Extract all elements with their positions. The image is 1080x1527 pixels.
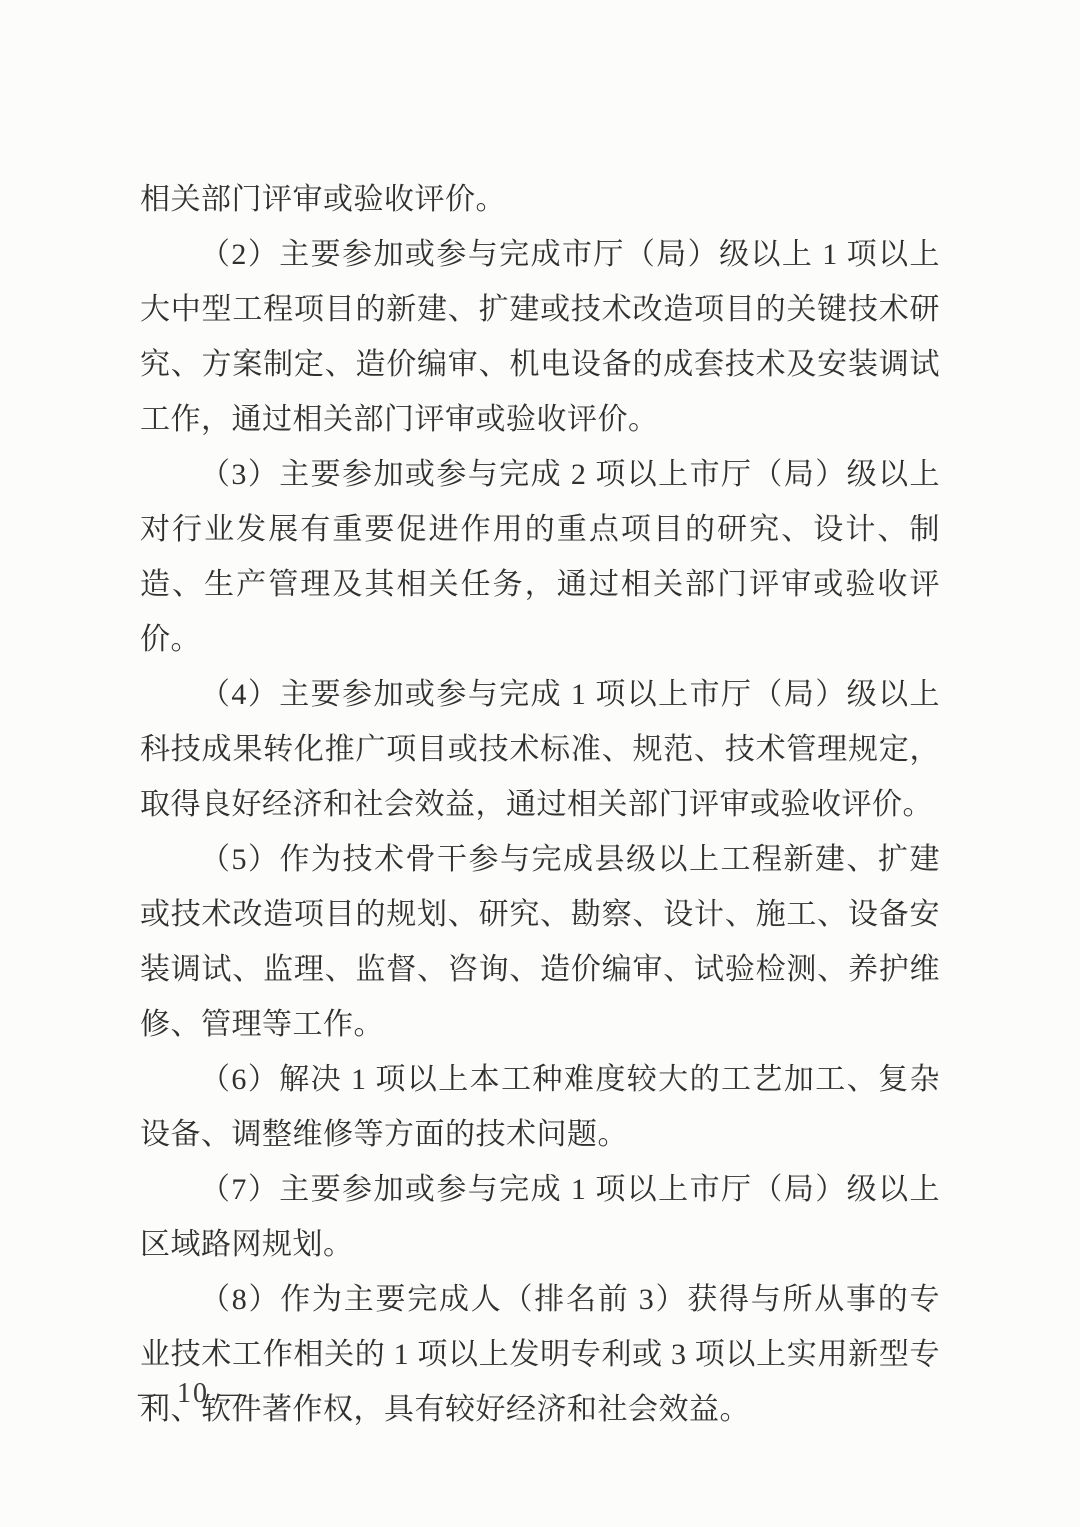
page-number: — 10 — <box>138 1376 248 1412</box>
paragraph-7: （7）主要参加或参与完成 1 项以上市厅（局）级以上区域路网规划。 <box>140 1162 940 1272</box>
paragraph-4: （4）主要参加或参与完成 1 项以上市厅（局）级以上科技成果转化推广项目或技术标… <box>140 667 940 832</box>
paragraph-2: （2）主要参加或参与完成市厅（局）级以上 1 项以上大中型工程项目的新建、扩建或… <box>140 227 940 447</box>
paragraph-8: （8）作为主要完成人（排名前 3）获得与所从事的专业技术工作相关的 1 项以上发… <box>140 1272 940 1437</box>
paragraph-1: 相关部门评审或验收评价。 <box>140 172 940 227</box>
paragraph-5: （5）作为技术骨干参与完成县级以上工程新建、扩建或技术改造项目的规划、研究、勘察… <box>140 832 940 1052</box>
document-body: 相关部门评审或验收评价。（2）主要参加或参与完成市厅（局）级以上 1 项以上大中… <box>140 172 940 1437</box>
paragraph-3: （3）主要参加或参与完成 2 项以上市厅（局）级以上对行业发展有重要促进作用的重… <box>140 447 940 667</box>
paragraph-6: （6）解决 1 项以上本工种难度较大的工艺加工、复杂设备、调整维修等方面的技术问… <box>140 1052 940 1162</box>
document-page: 相关部门评审或验收评价。（2）主要参加或参与完成市厅（局）级以上 1 项以上大中… <box>0 0 1080 1527</box>
